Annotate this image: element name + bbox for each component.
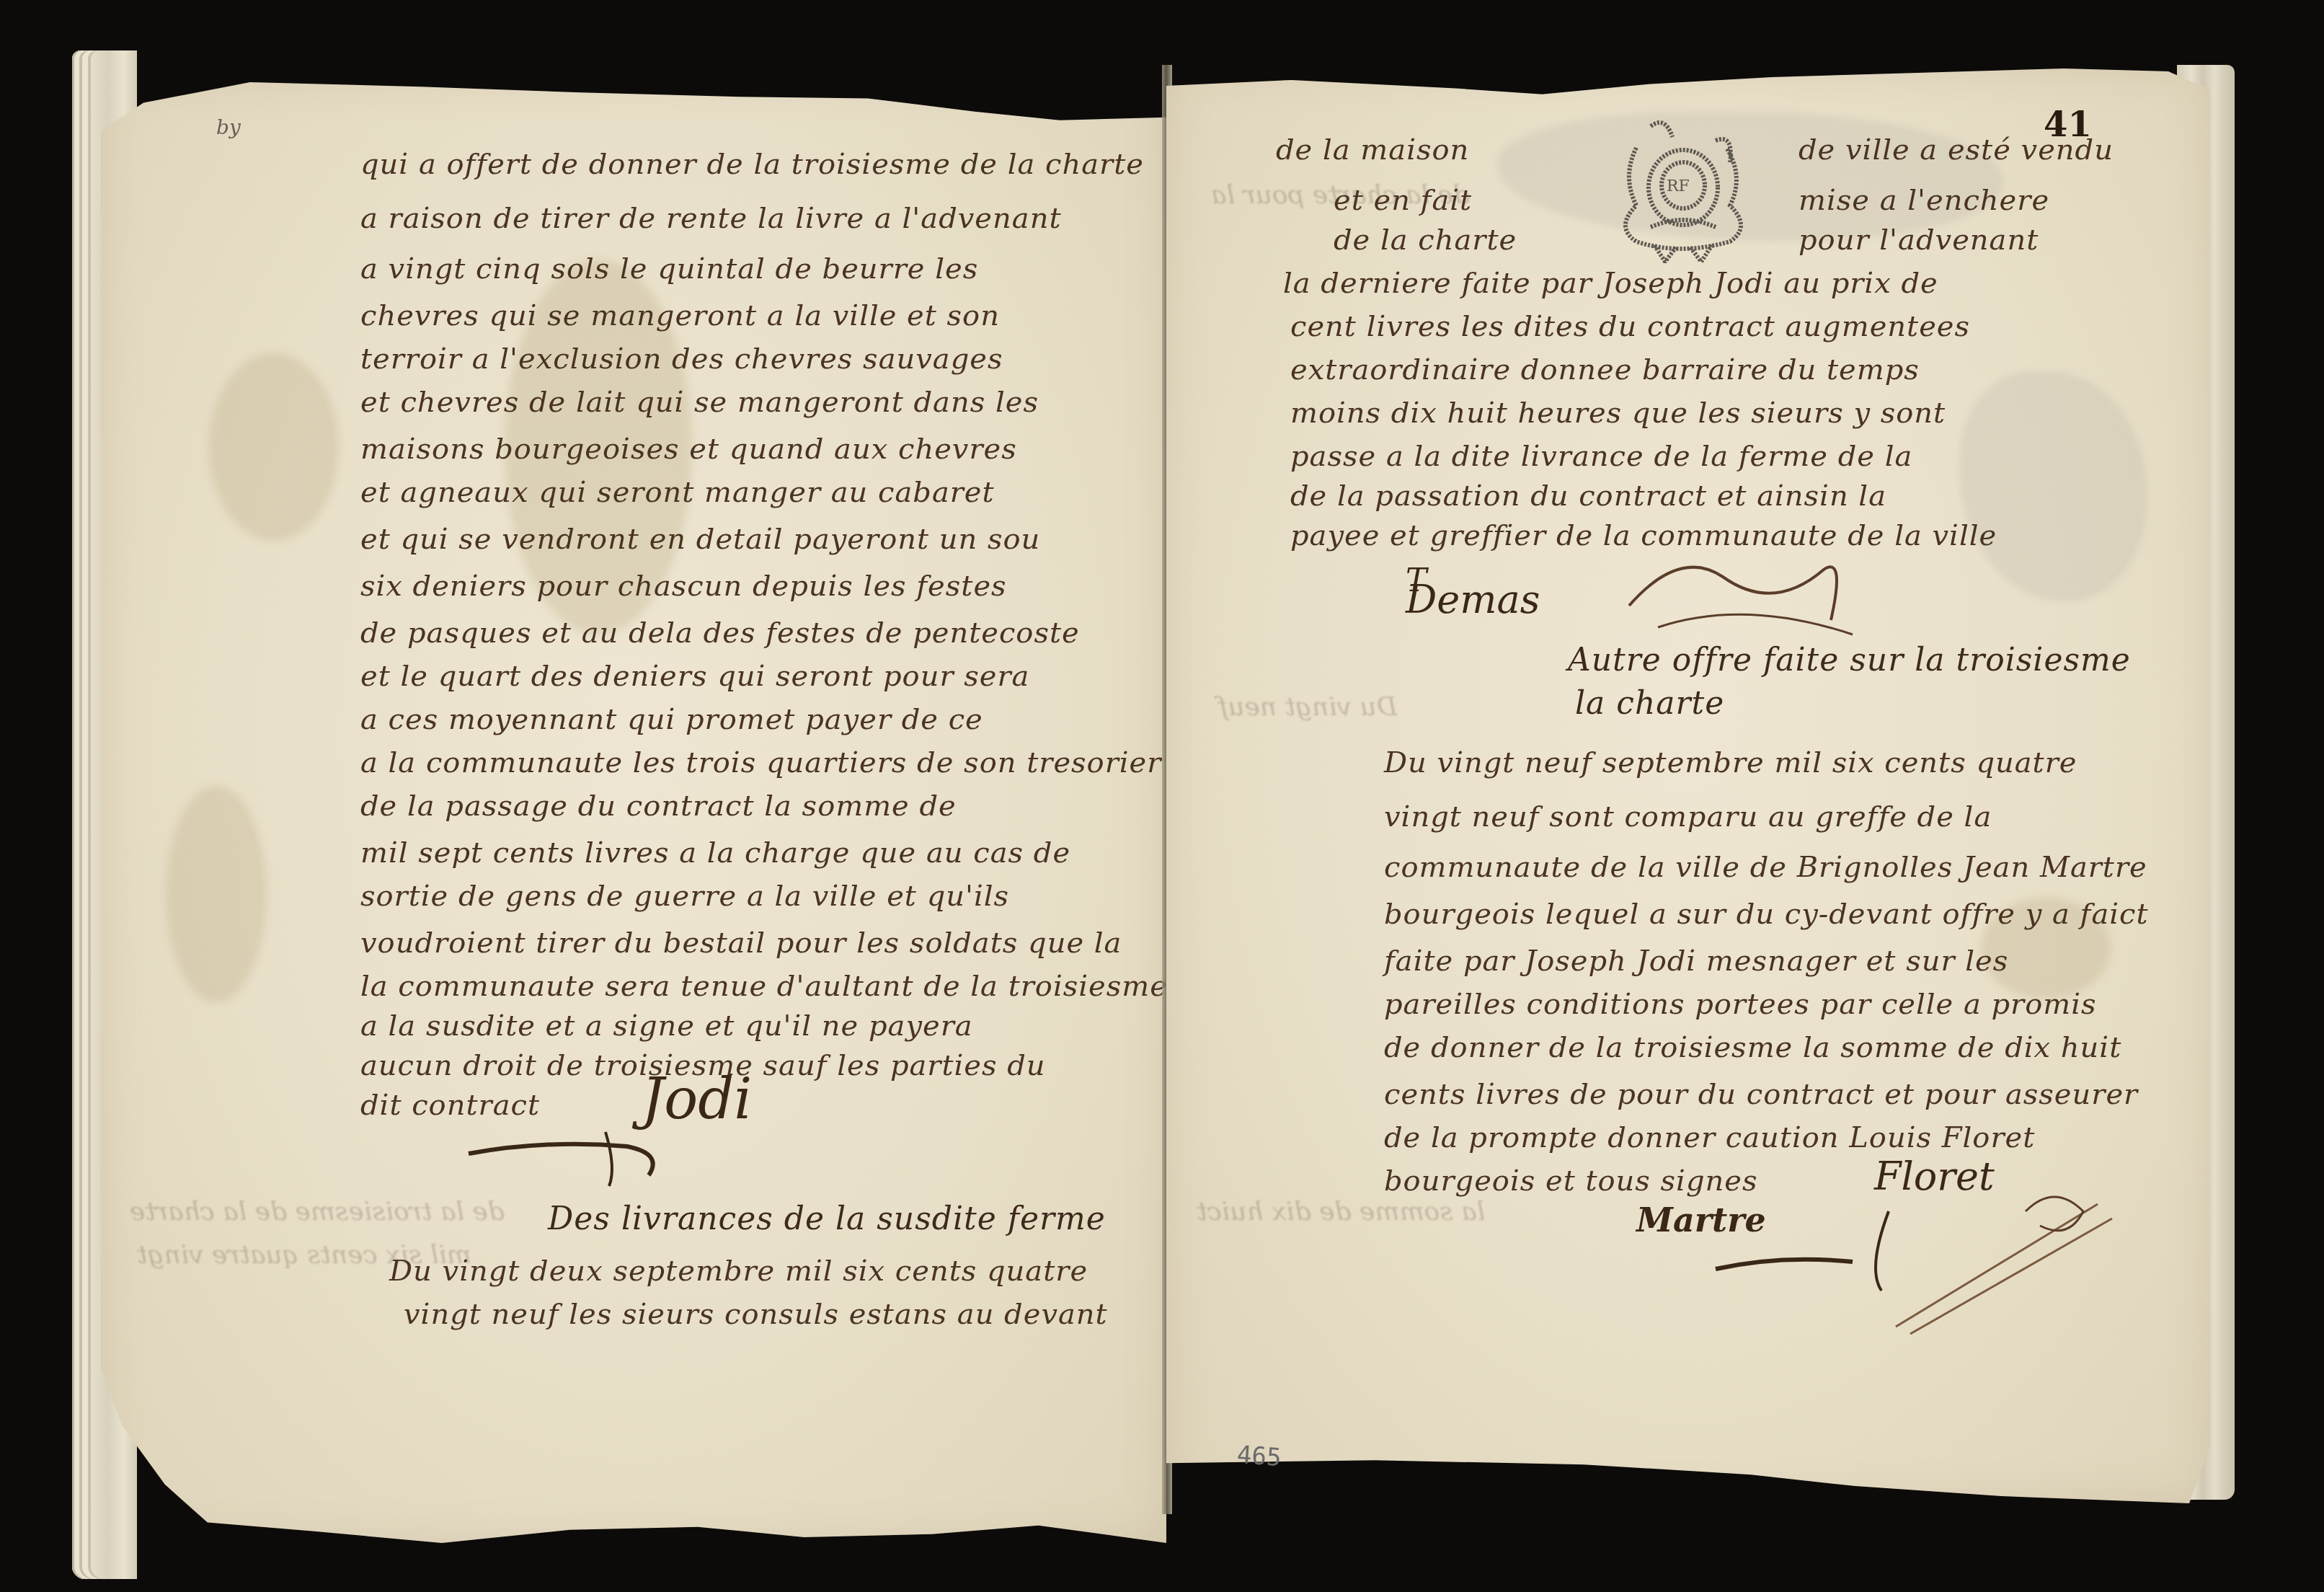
handwritten-line: terroir a l'exclusion des chevres sauvag… (360, 342, 1003, 376)
handwritten-line: et le quart des deniers qui seront pour … (360, 660, 1029, 693)
handwritten-line: et agneaux qui seront manger au cabaret (360, 476, 995, 509)
handwritten-line: de donner de la troisiesme la somme de d… (1384, 1031, 2121, 1064)
signature-flourish (461, 1125, 678, 1190)
water-stain (1959, 371, 2147, 602)
handwritten-line: de la prompte donner caution Louis Flore… (1384, 1121, 2035, 1154)
handwritten-line: a raison de tirer de rente la livre a l'… (360, 202, 1061, 235)
bleed-through-text: de la charte pour la (1211, 180, 1470, 210)
handwritten-line: a ces moyennant qui promet payer de ce (360, 703, 983, 736)
margin-note: by (216, 115, 241, 139)
handwritten-line: voudroient tirer du bestail pour les sol… (360, 927, 1122, 960)
handwritten-line: de ville a esté vendu (1799, 133, 2114, 167)
handwritten-line: chevres qui se mangeront a la ville et s… (360, 299, 1000, 332)
handwritten-line: sortie de gens de guerre a la ville et q… (360, 880, 1009, 913)
handwritten-line: faite par Joseph Jodi mesnager et sur le… (1384, 945, 2008, 978)
handwritten-line: communaute de la ville de Brignolles Jea… (1384, 851, 2147, 884)
signature-flourish (1622, 1161, 2126, 1341)
handwritten-line: pareilles conditions portees par celle a… (1384, 988, 2097, 1021)
handwritten-line: passe a la dite livrance de la ferme de … (1290, 440, 1912, 473)
handwritten-line: dit contract (360, 1089, 540, 1122)
handwritten-line: et chevres de lait qui se mangeront dans… (360, 386, 1039, 419)
bleed-through-text: la somme de dix huict (1197, 1197, 1485, 1226)
handwritten-line: qui a offert de donner de la troisiesme … (360, 148, 1144, 181)
handwritten-line: extraordinaire donnee barraire du temps (1290, 353, 1920, 386)
handwritten-line: la derniere faite par Joseph Jodi au pri… (1283, 267, 1938, 300)
handwritten-line: la communaute sera tenue d'aultant de la… (360, 970, 1168, 1003)
pencil-archive-number: 465 (1236, 1441, 1282, 1472)
handwritten-line: mise a l'enchere (1799, 184, 2049, 217)
handwritten-line: de la passation du contract et ainsin la (1290, 479, 1886, 513)
handwritten-line: mil sept cents livres a la charge que au… (360, 836, 1070, 870)
water-stain (209, 353, 339, 541)
handwritten-line: cent livres les dites du contract augmen… (1290, 310, 1970, 343)
bleed-through-text: Du vingt neuf (1218, 692, 1397, 722)
handwritten-line: moins dix huit heures que les sieurs y s… (1290, 397, 1946, 430)
handwritten-line: et qui se vendront en detail payeront un… (360, 523, 1040, 556)
handwritten-line: maisons bourgeoises et quand aux chevres (360, 433, 1017, 466)
section-heading-la-charte: la charte (1575, 685, 1724, 722)
handwritten-line: six deniers pour chascun depuis les fest… (360, 570, 1007, 603)
signature-flourish (1615, 526, 1874, 649)
handwritten-line: vingt neuf les sieurs consuls estans au … (404, 1298, 1108, 1331)
handwritten-line: de la maison (1276, 133, 1469, 167)
handwritten-line: pour l'advenant (1799, 224, 2039, 257)
handwritten-line: bourgeois lequel a sur du cy-devant offr… (1384, 898, 2149, 931)
handwritten-line: a vingt cinq sols le quintal de beurre l… (360, 252, 978, 286)
svg-text:RF: RF (1667, 177, 1690, 195)
official-stamp-seal: RF (1607, 119, 1759, 263)
handwritten-line: Du vingt neuf septembre mil six cents qu… (1384, 746, 2077, 779)
signature-demas: Demas (1406, 577, 1540, 622)
handwritten-line: de la charte (1334, 224, 1517, 257)
handwritten-line: de la passage du contract la somme de (360, 790, 957, 823)
handwritten-line: a la susdite et a signe et qu'il ne paye… (360, 1009, 973, 1043)
handwritten-line: a la communaute les trois quartiers de s… (360, 746, 1161, 779)
handwritten-line: vingt neuf sont comparu au greffe de la (1384, 800, 1992, 833)
handwritten-line: Du vingt deux septembre mil six cents qu… (389, 1255, 1088, 1288)
open-manuscript-book: by de la troisiesme de la charte mil six… (0, 0, 2324, 1592)
section-heading-livrances: Des livrances de la susdite ferme (548, 1200, 1106, 1237)
section-heading-autre-offre: Autre offre faite sur la troisiesme (1568, 642, 2131, 678)
bleed-through-text: de la troisiesme de la charte (130, 1197, 505, 1226)
signature-jodi: Jodi (642, 1067, 752, 1132)
water-stain (166, 786, 267, 1002)
handwritten-line: cents livres de pour du contract et pour… (1384, 1078, 2138, 1111)
handwritten-line: de pasques et au dela des festes de pent… (360, 616, 1080, 650)
